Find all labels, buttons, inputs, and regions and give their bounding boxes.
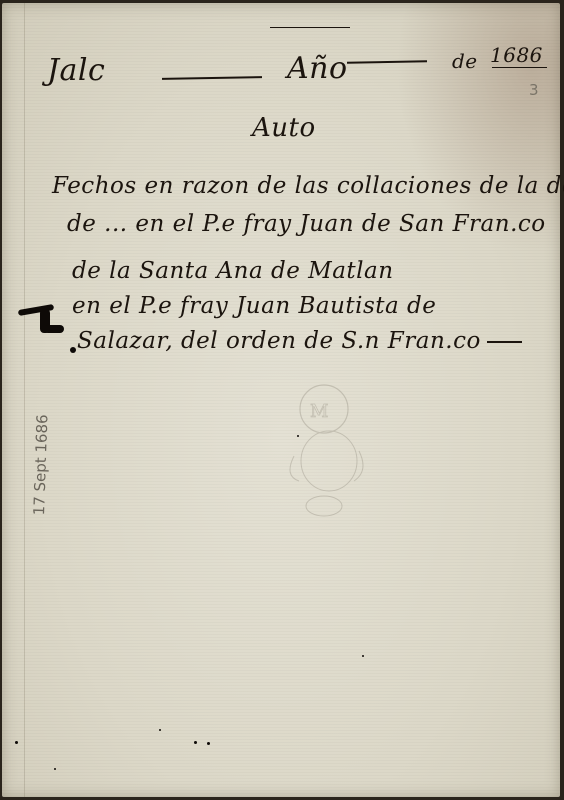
body-line-5: Salazar, del orden de S.n Fran.co xyxy=(77,328,481,354)
body-line-2: de ... en el P.e fray Juan de San Fran.c… xyxy=(67,211,546,237)
body-line-1: Fechos en razon de las collaciones de la… xyxy=(52,173,564,199)
manuscript-page: Jalc Año de 1686 3 Auto Fechos en razon … xyxy=(2,3,560,797)
line-end-dash xyxy=(487,341,522,343)
body-line-4: en el P.e fray Juan Bautista de xyxy=(72,293,436,319)
folio-number: 3 xyxy=(529,81,539,99)
svg-text:M: M xyxy=(310,401,328,422)
body-line-3: de la Santa Ana de Matlan xyxy=(72,258,394,284)
header-rule-left xyxy=(162,76,262,80)
heading-auto: Auto xyxy=(252,113,316,143)
header-rule-right xyxy=(347,60,427,63)
header-de: de xyxy=(452,49,478,73)
header-left-word: Jalc xyxy=(47,53,105,88)
margin-date-annotation: 17 Sept 1686 xyxy=(30,414,52,516)
watermark-crest-icon: M xyxy=(274,381,384,521)
header-year: 1686 xyxy=(490,43,543,67)
page-fold xyxy=(24,3,25,797)
header-top-stroke xyxy=(270,27,350,28)
header-center-word: Año xyxy=(287,51,348,86)
year-underline xyxy=(492,67,547,68)
